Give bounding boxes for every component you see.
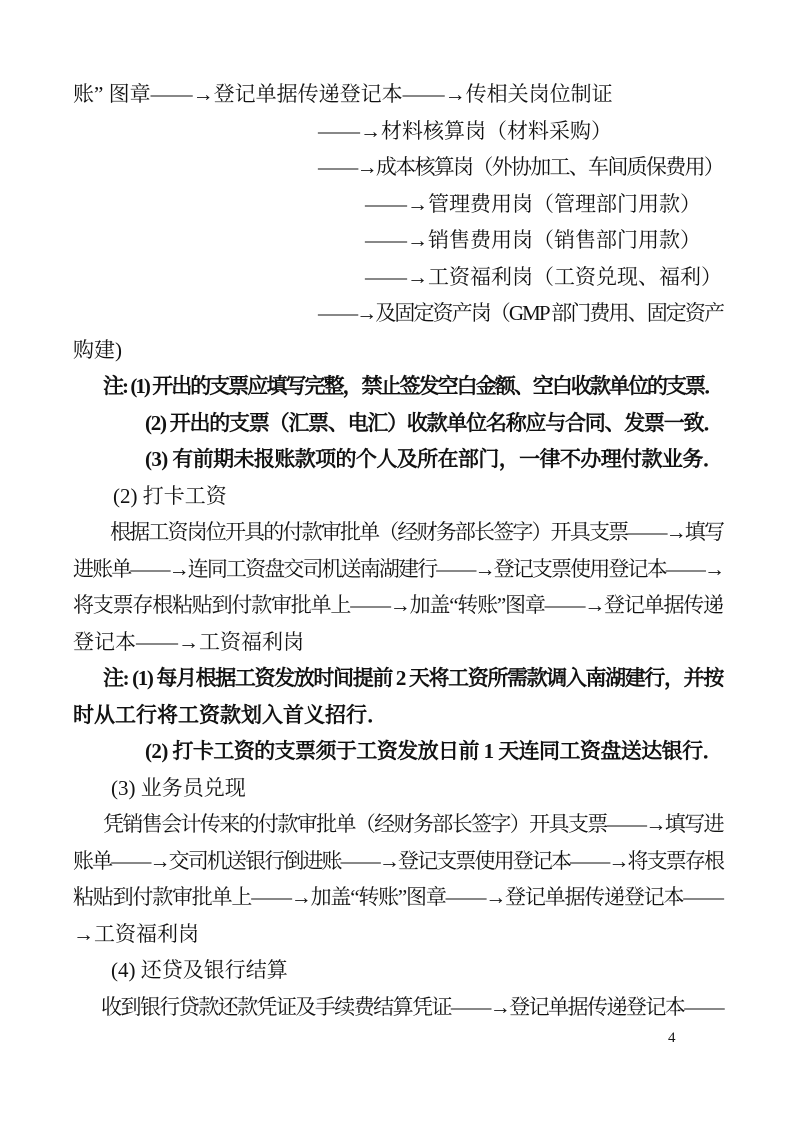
text-line-content: 收到银行贷款还款凭证及手续费结算凭证——→登记单据传递登记本——	[101, 995, 723, 1019]
text-line-content: (3) 业务员兑现	[111, 776, 246, 800]
text-line: ——→销售费用岗（销售部门用款）	[0, 222, 793, 259]
page-number: 4	[668, 1027, 692, 1049]
text-line-content: 登记本——→工资福利岗	[73, 630, 304, 654]
text-line: ——→材料核算岗（材料采购）	[0, 113, 793, 150]
text-line-content: (2) 开出的支票（汇票、电汇）收款单位名称应与合同、发票一致．	[145, 411, 723, 435]
text-line: 根据工资岗位开具的付款审批单（经财务部长签字）开具支票——→填写	[0, 514, 793, 551]
text-line-content: 粘贴到付款审批单上——→加盖“转账”图章——→登记单据传递登记本——	[73, 885, 723, 909]
text-line-content: 时从工行将工资款划入首义招行．	[73, 703, 388, 727]
text-line-content: ——→销售费用岗（销售部门用款）	[365, 228, 701, 252]
text-line: (3) 业务员兑现	[0, 770, 793, 807]
document-page: 账” 图章——→登记单据传递登记本——→传相关岗位制证——→材料核算岗（材料采购…	[0, 0, 793, 1122]
text-line-content: (4) 还贷及银行结算	[111, 958, 288, 982]
document-body: 账” 图章——→登记单据传递登记本——→传相关岗位制证——→材料核算岗（材料采购…	[0, 0, 793, 1025]
text-line-content: ——→工资福利岗（工资兑现、福利）	[365, 265, 722, 289]
text-line: (2) 打卡工资的支票须于工资发放日前 1 天连同工资盘送达银行．	[0, 733, 793, 770]
text-line-content: 凭销售会计传来的付款审批单（经财务部长签字）开具支票——→填写进	[103, 812, 723, 836]
text-line: 账单——→交司机送银行倒进账——→登记支票使用登记本——→将支票存根	[0, 843, 793, 880]
text-line-content: (2) 打卡工资	[113, 484, 227, 508]
text-line: →工资福利岗	[0, 916, 793, 953]
text-line-content: 将支票存根粘贴到付款审批单上——→加盖“转账”图章——→登记单据传递	[73, 593, 723, 617]
text-line-content: 进账单——→连同工资盘交司机送南湖建行——→登记支票使用登记本——→	[73, 557, 723, 581]
text-line-content: ——→材料核算岗（材料采购）	[318, 119, 612, 143]
text-line-content: 账” 图章——→登记单据传递登记本——→传相关岗位制证	[73, 82, 613, 106]
text-line-content: ——→成本核算岗（外协加工、车间质保费用）	[318, 155, 723, 179]
text-line: (2) 打卡工资	[0, 478, 793, 515]
text-line: 进账单——→连同工资盘交司机送南湖建行——→登记支票使用登记本——→	[0, 551, 793, 588]
text-line: ——→工资福利岗（工资兑现、福利）	[0, 259, 793, 296]
text-line: 注: (1) 开出的支票应填写完整，禁止签发空白金额、空白收款单位的支票．	[0, 368, 793, 405]
text-line-content: 购建)	[73, 338, 122, 362]
text-line: 将支票存根粘贴到付款审批单上——→加盖“转账”图章——→登记单据传递	[0, 587, 793, 624]
text-line: 账” 图章——→登记单据传递登记本——→传相关岗位制证	[0, 76, 793, 113]
text-line-content: →工资福利岗	[73, 922, 199, 946]
text-line-content: 注: (1) 每月根据工资发放时间提前 2 天将工资所需款调入南湖建行，并按	[103, 666, 723, 690]
text-line: (4) 还贷及银行结算	[0, 952, 793, 989]
text-line: ——→及固定资产岗（GMP 部门费用、固定资产	[0, 295, 793, 332]
text-line: 收到银行贷款还款凭证及手续费结算凭证——→登记单据传递登记本——	[0, 989, 793, 1026]
text-line: ——→成本核算岗（外协加工、车间质保费用）	[0, 149, 793, 186]
text-line-content: 账单——→交司机送银行倒进账——→登记支票使用登记本——→将支票存根	[73, 849, 723, 873]
text-line: 登记本——→工资福利岗	[0, 624, 793, 661]
text-line: 购建)	[0, 332, 793, 369]
text-line: (2) 开出的支票（汇票、电汇）收款单位名称应与合同、发票一致．	[0, 405, 793, 442]
text-line-content: 根据工资岗位开具的付款审批单（经财务部长签字）开具支票——→填写	[110, 520, 723, 544]
text-line: (3) 有前期未报账款项的个人及所在部门，一律不办理付款业务．	[0, 441, 793, 478]
text-line: 时从工行将工资款划入首义招行．	[0, 697, 793, 734]
text-line-content: (2) 打卡工资的支票须于工资发放日前 1 天连同工资盘送达银行．	[145, 739, 723, 763]
text-line-content: 注: (1) 开出的支票应填写完整，禁止签发空白金额、空白收款单位的支票．	[103, 374, 723, 398]
text-line: 粘贴到付款审批单上——→加盖“转账”图章——→登记单据传递登记本——	[0, 879, 793, 916]
text-line: ——→管理费用岗（管理部门用款）	[0, 186, 793, 223]
text-line: 注: (1) 每月根据工资发放时间提前 2 天将工资所需款调入南湖建行，并按	[0, 660, 793, 697]
text-line: 凭销售会计传来的付款审批单（经财务部长签字）开具支票——→填写进	[0, 806, 793, 843]
text-line-content: (3) 有前期未报账款项的个人及所在部门，一律不办理付款业务．	[145, 447, 723, 471]
text-line-content: ——→管理费用岗（管理部门用款）	[365, 192, 701, 216]
text-line-content: ——→及固定资产岗（GMP 部门费用、固定资产	[318, 301, 723, 325]
